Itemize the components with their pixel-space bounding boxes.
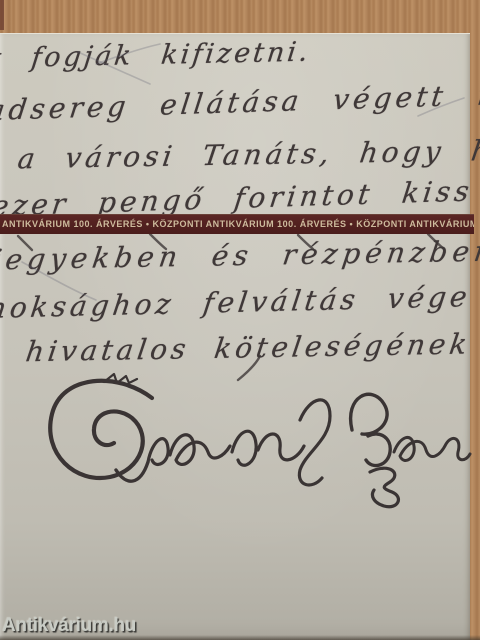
auction-overlay-banner: ANTIKVÁRIUM 100. ÁRVERÉS • KÖZPONTI ANTI…: [0, 214, 474, 234]
manuscript-paper: t fogják kifizetni. adsereg ellátása vég…: [0, 33, 470, 640]
handwriting-line: t fogják kifizetni.: [0, 37, 312, 75]
antikvarium-watermark: Antikvárium.hu: [2, 615, 136, 637]
photo-of-manuscript: t fogják kifizetni. adsereg ellátása vég…: [0, 0, 480, 640]
auction-banner-text: ANTIKVÁRIUM 100. ÁRVERÉS • KÖZPONTI ANTI…: [0, 215, 474, 234]
handwriting-line: adsereg ellátása végett n: [0, 78, 480, 127]
handwriting-line: hivatalos köteleségének ,: [24, 327, 480, 369]
handwriting-line: a városi Tanáts, hogy ho: [16, 134, 480, 176]
wood-corner-shadow: [0, 0, 4, 30]
handwriting-line: jegyekben és rézpénzben: [0, 235, 480, 277]
handwriting-line: noksághoz felváltás vége: [0, 280, 473, 325]
